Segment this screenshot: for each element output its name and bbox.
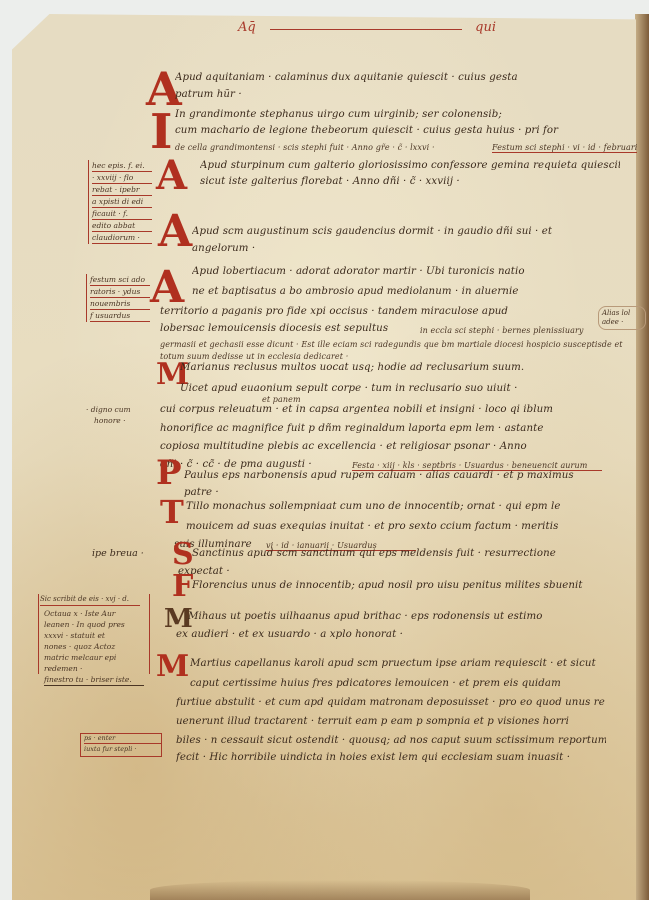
red-initial: P: [156, 456, 182, 490]
margin-note-line: Alias lol: [602, 309, 642, 318]
margin-note-line: iuxta fur stepli ·: [84, 744, 162, 754]
text-line: Paulus eps narbonensis apud rupem caluam…: [184, 470, 604, 481]
margin-note-line: · xxviij · flo: [92, 172, 152, 184]
margin-note: ipe breua ·: [92, 548, 144, 559]
superscript-note: et panem: [262, 395, 322, 404]
red-initial: A: [156, 156, 187, 196]
text-line: Apud lobertiacum · adorat adorator marti…: [192, 266, 592, 277]
running-head-rule: [270, 29, 462, 30]
margin-note-line: a xpisti di edi: [92, 196, 152, 208]
text-line: furtiue abstulit · et cum apd quidam mat…: [176, 697, 606, 708]
text-line: Martius capellanus karoli apud scm pruec…: [190, 658, 610, 669]
margin-note-line: rebat · ipebr: [92, 184, 152, 196]
binding-shadow: [150, 880, 530, 900]
margin-note-boxed: hec epis. f. ei. · xxviij · flo rebat · …: [88, 160, 152, 244]
text-line: Tillo monachus sollempniaat cum uno de i…: [186, 501, 606, 512]
margin-note-line: xxxvi · statuit et: [44, 630, 144, 641]
text-line: uenerunt illud tractarent · terruit eam …: [176, 716, 606, 727]
margin-note-block: ps · enter iuxta fur stepli ·: [84, 733, 162, 754]
text-line: caput certissime huius fres pdicatores l…: [190, 678, 610, 689]
text-line: Uicet apud euaonium sepult corpe · tum i…: [180, 383, 600, 394]
rubric-note: Festum sci stephi · vi · id · februarii: [492, 143, 637, 153]
red-initial: A: [158, 210, 192, 254]
margin-note-line: matric melcaur epi: [44, 652, 144, 663]
text-line: sicut iste galterius florebat · Anno dñi…: [200, 176, 540, 187]
margin-note-line: adee ·: [602, 318, 642, 327]
text-line: territorio a paganis pro fide xpi occisu…: [160, 306, 590, 317]
text-line: ex audieri · et ex usuardo · a xplo hono…: [176, 629, 496, 640]
text-line: mouicem ad suas exequias inuitat · et pr…: [186, 521, 606, 532]
red-initial: T: [160, 496, 184, 528]
margin-note-line: edito abbat: [92, 220, 152, 232]
text-line: angelorum ·: [192, 243, 392, 254]
margin-note-line: festum sci ado: [90, 274, 150, 286]
margin-note-line: leanen · In quod pres: [44, 619, 144, 630]
text-line: germasii et gechasii esse dicunt · Est i…: [160, 340, 630, 349]
text-line: totum suum dedisse ut in ecclesia dedica…: [160, 352, 460, 361]
margin-note-line: honore ·: [86, 415, 146, 426]
red-initial: M: [156, 652, 189, 682]
margin-note: · digno cum honore ·: [86, 404, 146, 426]
margin-note-block: Octaua x · Iste Aur leanen · In quod pre…: [44, 608, 144, 686]
text-line: Apud scm augustinum scis gaudencius dorm…: [192, 226, 612, 237]
margin-note-boxed: festum sci ado ratoris · ydus nouembris …: [86, 274, 150, 322]
text-line: patrum hũr ·: [175, 89, 605, 100]
margin-note-line: finestro tu · briser iste.: [44, 674, 144, 686]
margin-note-line: claudiorum ·: [92, 232, 152, 244]
text-line: Marianus reclusus multos uocat usq; hodi…: [180, 362, 600, 373]
text-line: Mihaus ut poetis uilhaanus apud brithac …: [188, 611, 608, 622]
text-line: ne et baptisatus a b̃o ambrosio apud med…: [192, 286, 592, 297]
text-line: lobersac lemouicensis diocesis est sepul…: [160, 323, 410, 334]
margin-note-line: · digno cum: [86, 404, 146, 415]
inline-note: in eccla sci stephi · bernes plenissiuar…: [420, 326, 630, 335]
margin-note: Alias lol adee ·: [598, 306, 646, 330]
text-line: Sanctinus apud scm sanctinum qui eps mel…: [192, 548, 602, 559]
text-line: cui corpus releuatum · et in capsa argen…: [160, 404, 600, 415]
text-line: Apud sturpinum cum galterio gloriosissim…: [200, 160, 620, 171]
red-initial: I: [150, 108, 172, 156]
running-head: Aq̄ qui: [232, 18, 512, 38]
text-line: de cella grandimontensi · scis stephi fu…: [175, 143, 495, 152]
text-line: Florencius unus de innocentib; apud nosi…: [192, 580, 602, 591]
red-initial: F: [172, 572, 193, 602]
text-line: copiosa multitudine plebis ac excellenci…: [160, 441, 600, 452]
book-gutter-edge: [635, 14, 649, 900]
margin-note-line: nones · quoz Actoz: [44, 641, 144, 652]
running-head-right: qui: [475, 20, 496, 35]
red-initial: A: [150, 266, 184, 310]
margin-note-line: nouembris: [90, 298, 150, 310]
text-line: In grandimonte stephanus uirgo cum uirgi…: [175, 109, 605, 120]
text-line: patre ·: [184, 487, 264, 498]
margin-note-line: ratoris · ydus: [90, 286, 150, 298]
margin-note-line: ficauit · f.: [92, 208, 152, 220]
text-line: cum machario de legione thebeorum quiesc…: [175, 125, 605, 136]
margin-note-line: ps · enter: [84, 733, 162, 744]
text-line: fecit · Hic horribile uindicta in hoies …: [176, 752, 606, 763]
margin-note-line: hec epis. f. ei.: [92, 160, 152, 172]
text-line: biles · n cessauit sicut ostendit · quou…: [176, 735, 606, 746]
margin-note-line: redemen ·: [44, 663, 144, 674]
text-line: Apud aquitaniam · calaminus dux aquitani…: [175, 72, 605, 83]
margin-note-line: f usuardus: [90, 310, 150, 322]
text-line: honorifice ac magnifice fuit p dñm regin…: [160, 423, 600, 434]
running-head-left: Aq̄: [238, 20, 256, 35]
margin-note-line: Octaua x · Iste Aur: [44, 608, 144, 619]
